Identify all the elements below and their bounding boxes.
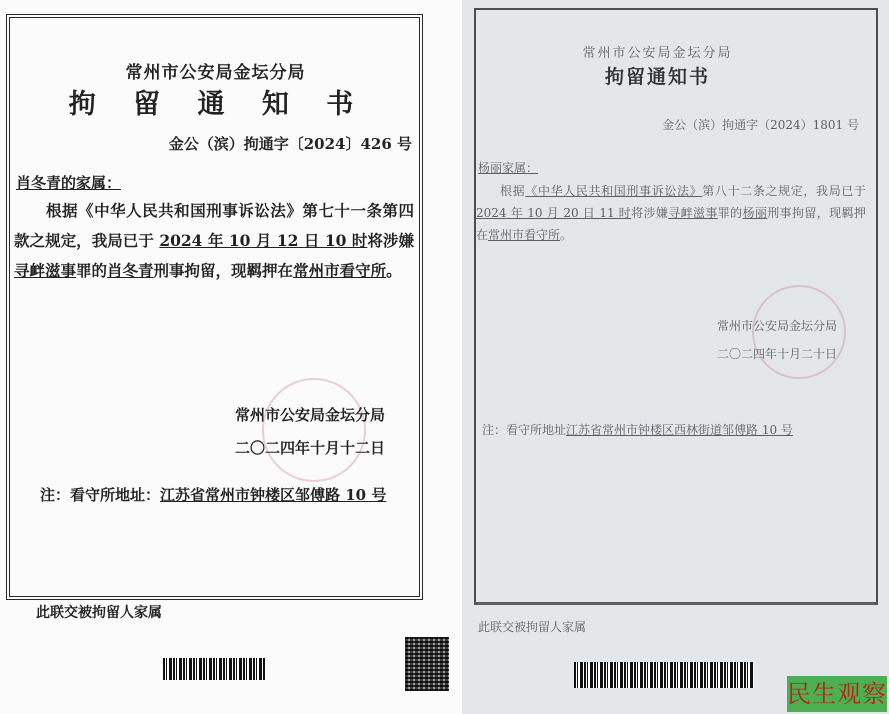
body-text: 根据 [500,184,525,198]
issuing-agency: 常州市公安局金坛分局 [6,58,425,83]
detainee-name: 肖冬青 [107,261,154,280]
qr-code [405,637,449,691]
body-text: 刑事拘留，现羁押在 [154,261,294,280]
copy-note: 此联交被拘留人家属 [478,618,586,635]
body-text: 第八十二条之规定，我局已于 [702,184,866,198]
detention-facility: 常州市看守所 [293,261,386,280]
body-text: 罪的 [718,206,743,220]
official-seal [262,378,366,482]
note-label: 注：看守所地址 [482,423,566,437]
signoff-date: 二〇二四年十月二十日 [702,345,852,362]
body-text: 。 [386,261,402,280]
law-reference: 《中华人民共和国刑事诉讼法》 [525,184,702,198]
signoff-date: 二〇二四年十月十二日 [220,437,400,458]
detention-notice-right: 常州市公安局金坛分局 拘留通知书 金公（滨）拘通字（2024）1801 号 杨丽… [462,0,889,714]
detention-datetime: 2024 年 10 月 12 日 10 时 [159,231,367,250]
detention-facility: 常州市看守所 [488,228,560,242]
detention-notice-left: 常州市公安局金坛分局 拘 留 通 知 书 金公（滨）拘通字〔2024〕426 号… [0,0,460,714]
barcode [163,658,265,680]
barcode [574,662,754,688]
charge: 寻衅滋事 [14,261,76,280]
addressee: 肖冬青的家属： [16,172,121,193]
copy-note: 此联交被拘留人家属 [36,602,162,622]
signoff-agency: 常州市公安局金坛分局 [702,317,852,334]
document-title: 拘 留 通 知 书 [6,82,430,121]
addressee: 杨丽家属： [478,159,538,176]
document-number: 金公（滨）拘通字（2024）1801 号 [662,116,859,133]
notice-body: 根据《中华人民共和国刑事诉讼法》第八十二条之规定，我局已于2024 年 10 月… [476,180,866,246]
body-text: 将涉嫌 [367,231,414,250]
issuing-agency: 常州市公安局金坛分局 [462,42,853,61]
note-label: 注：看守所地址： [40,486,160,504]
body-text: 。 [560,228,572,242]
body-text: 将涉嫌 [631,206,668,220]
facility-address-note: 注：看守所地址江苏省常州市钟楼区西林街道邹傅路 10 号 [482,421,793,438]
facility-address: 江苏省常州市钟楼区邹傅路 10 号 [160,486,386,504]
watermark-logo: 民生观察 [787,676,887,712]
notice-body: 根据《中华人民共和国刑事诉讼法》第七十一条第四款之规定，我局已于 2024 年 … [14,196,414,286]
signoff-agency: 常州市公安局金坛分局 [220,404,400,425]
facility-address-note: 注：看守所地址：江苏省常州市钟楼区邹傅路 10 号 [40,484,386,505]
body-text: 罪的 [76,261,107,280]
document-number: 金公（滨）拘通字〔2024〕426 号 [169,133,412,154]
detainee-name: 杨丽 [743,206,768,220]
detention-datetime: 2024 年 10 月 20 日 11 时 [476,206,631,220]
charge: 寻衅滋事 [668,206,718,220]
document-title: 拘留通知书 [462,62,853,89]
facility-address: 江苏省常州市钟楼区西林街道邹傅路 10 号 [566,423,793,437]
